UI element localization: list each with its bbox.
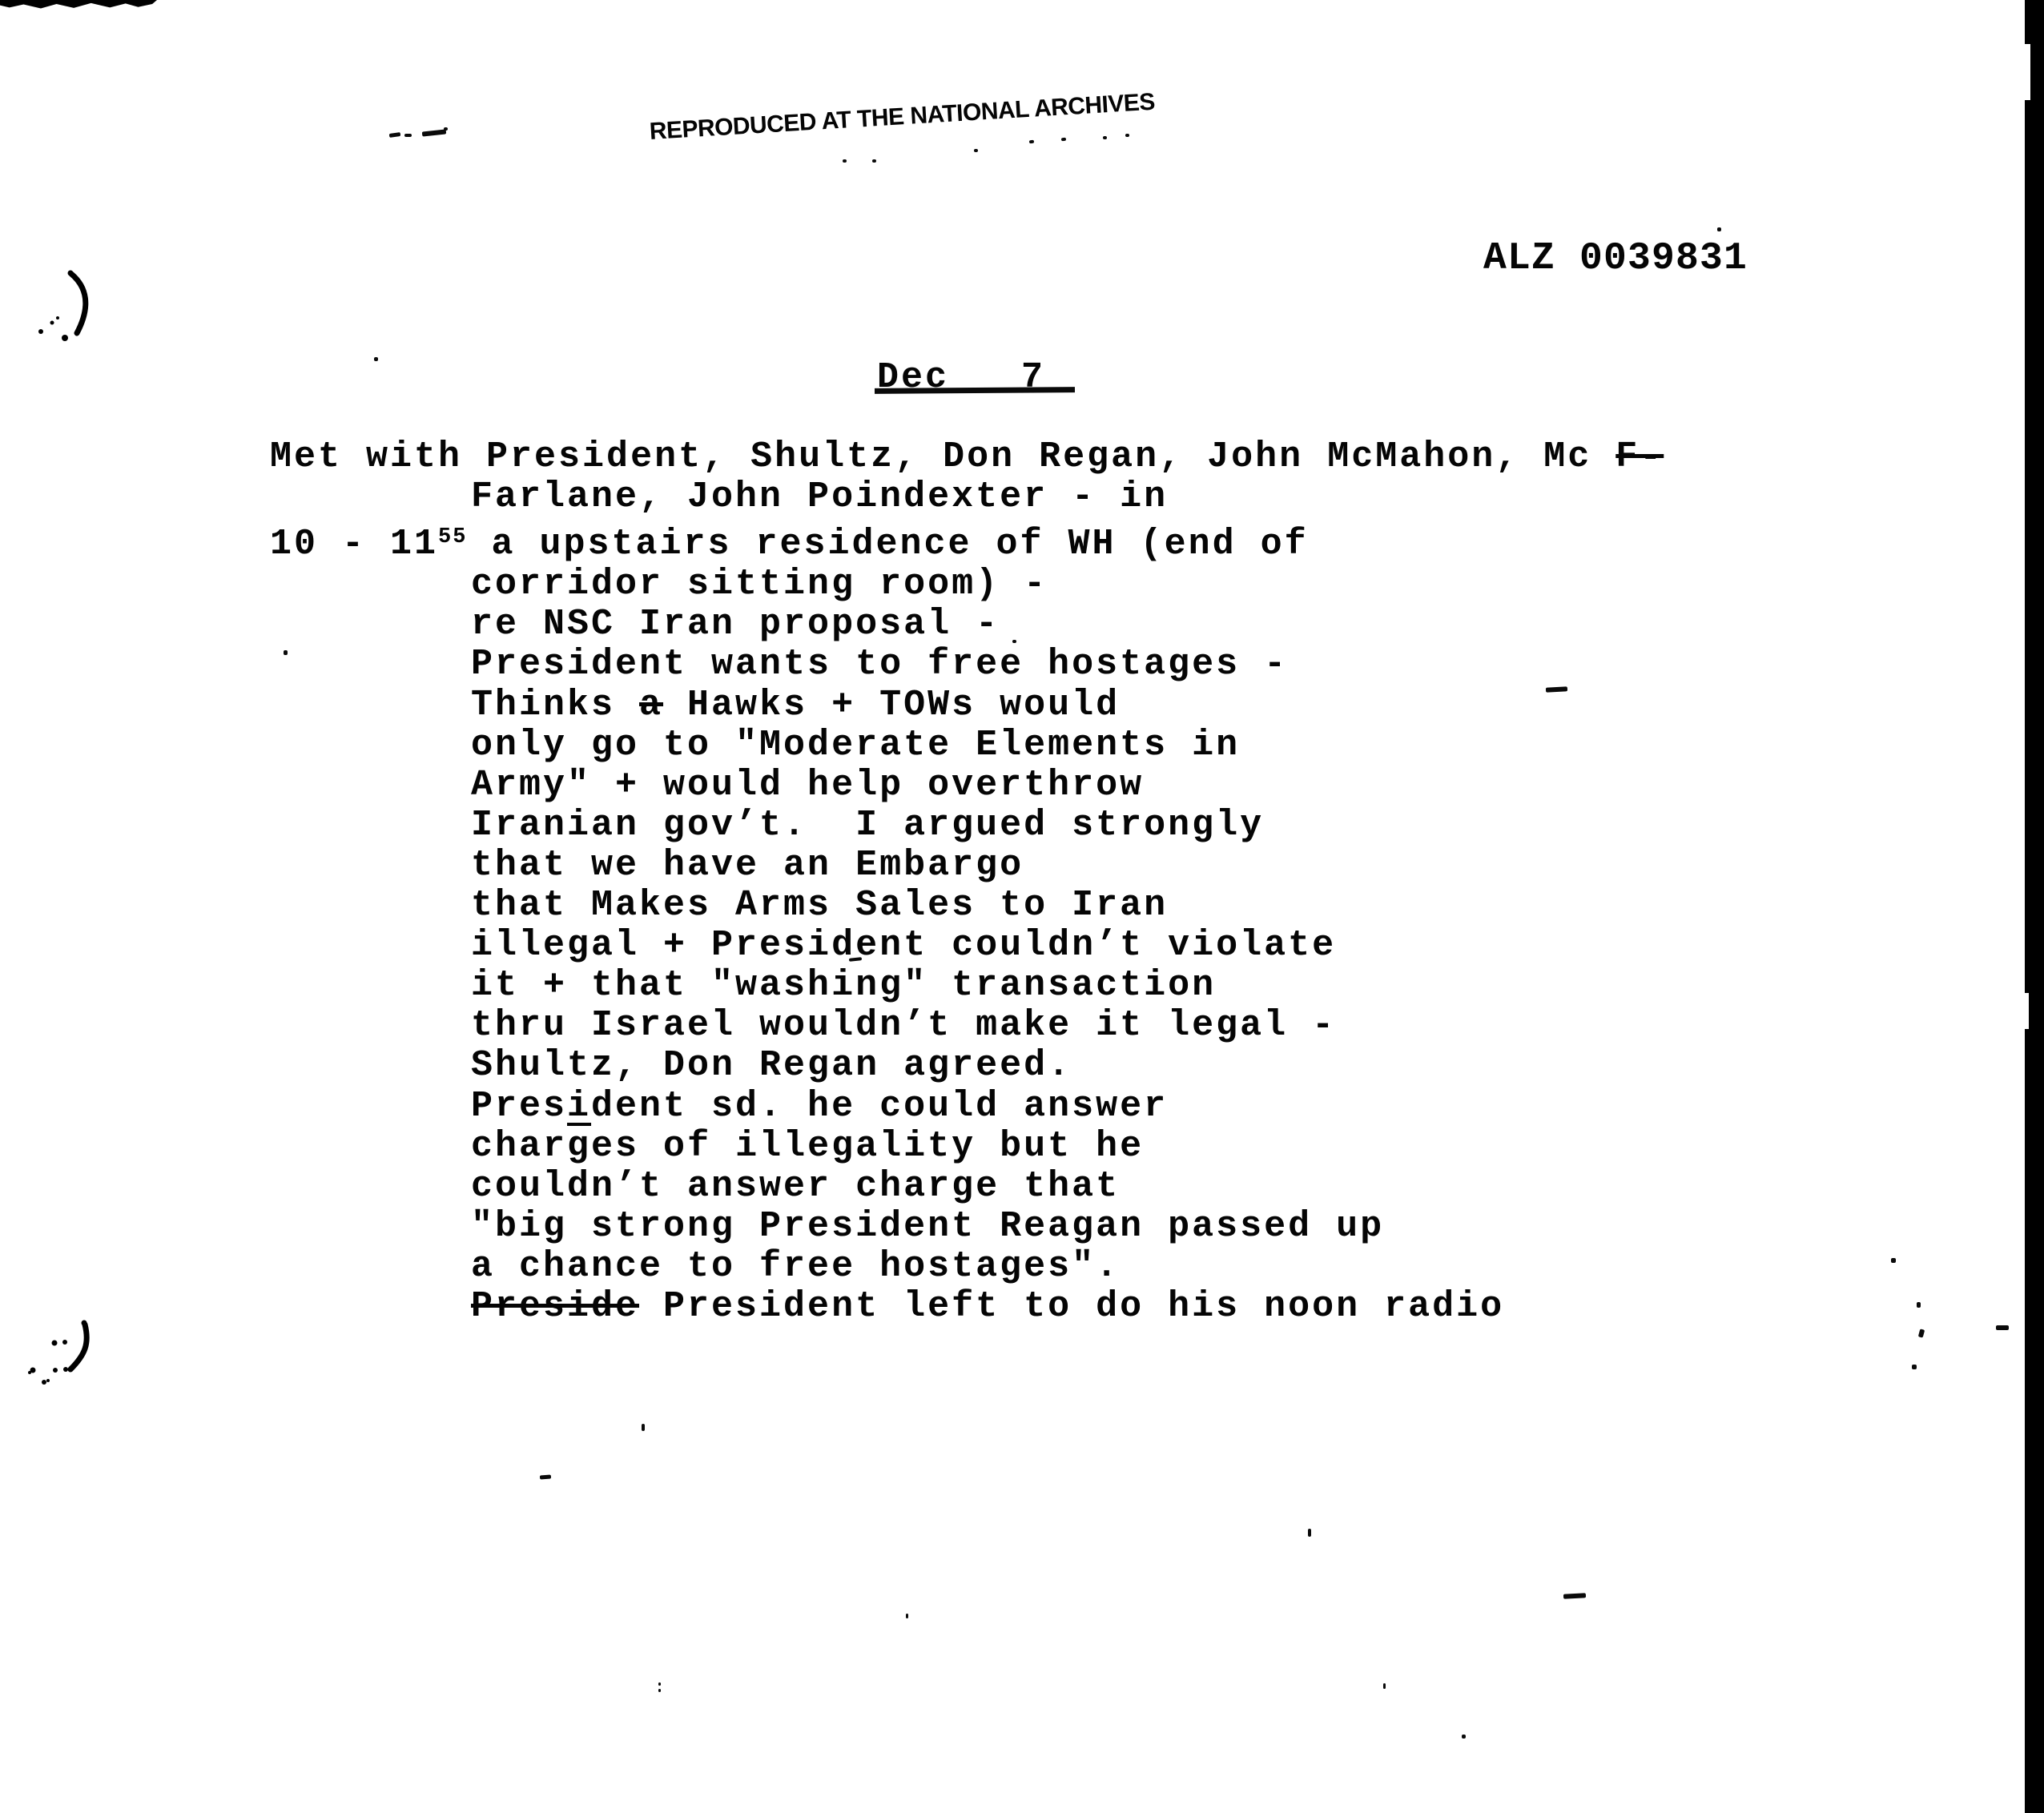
ink-speck xyxy=(658,1682,661,1686)
diary-segment: "big strong President Reagan passed up xyxy=(471,1206,1384,1247)
diary-segment: couldn’t answer charge that xyxy=(471,1166,1120,1207)
ink-speck xyxy=(1563,1593,1586,1598)
diary-segment-strike: a xyxy=(639,685,663,726)
diary-line: re NSC Iran proposal - xyxy=(471,605,1664,645)
ink-speck xyxy=(1891,1258,1896,1263)
diary-line: only go to "Moderate Elements in xyxy=(471,726,1664,766)
ink-speck xyxy=(1996,1325,2009,1330)
diary-line: 10 - 1155 a upstairs residence of WH (en… xyxy=(270,517,1664,565)
ink-speck xyxy=(1383,1683,1386,1689)
diary-segment: only go to "Moderate Elements in xyxy=(471,725,1240,766)
ink-speck xyxy=(1918,1329,1925,1337)
diary-segment: illegal + President couldn’t violate xyxy=(471,925,1336,966)
diary-segment: a upstairs residence of WH (end of xyxy=(467,524,1308,565)
ink-speck xyxy=(1912,1365,1917,1369)
diary-line: Farlane, John Poindexter - in xyxy=(471,477,1664,517)
ink-speck xyxy=(1917,1302,1921,1308)
document-id: ALZ 0039831 xyxy=(1483,237,1748,280)
diary-line: a chance to free hostages". xyxy=(471,1247,1664,1287)
ink-speck xyxy=(540,1475,551,1480)
diary-line: couldn’t answer charge that xyxy=(471,1167,1664,1207)
diary-line: it + that "washing" transaction xyxy=(471,966,1664,1006)
ink-speck xyxy=(1029,140,1034,144)
diary-line: Iranian gov’t. I argued strongly xyxy=(471,806,1664,846)
ink-speck xyxy=(284,650,288,655)
diary-line: corridor sitting room) - xyxy=(471,565,1664,605)
diary-line: President sd. he could answer xyxy=(471,1087,1664,1127)
diary-segment: Iranian gov’t. I argued strongly xyxy=(471,805,1264,846)
diary-line: charges of illegality but he xyxy=(471,1127,1664,1167)
diary-segment: corridor sitting room) - xyxy=(471,564,1048,605)
ink-speck xyxy=(658,1689,661,1692)
diary-line: Thinks a Hawks + TOWs would xyxy=(471,685,1664,726)
diary-segment-strike: F- xyxy=(1615,436,1664,477)
ink-speck xyxy=(872,159,876,163)
diary-segment: that Makes Arms Sales to Iran xyxy=(471,885,1168,926)
diary-segment: es of illegality but he xyxy=(591,1126,1144,1167)
ink-speck xyxy=(374,357,378,361)
ink-speck xyxy=(1717,227,1721,231)
diary-segment: President left to do his noon radio xyxy=(639,1286,1504,1327)
diary-segment-strike: Preside xyxy=(471,1286,639,1327)
diary-segment: a chance to free hostages". xyxy=(471,1246,1120,1287)
ink-speck xyxy=(1103,136,1107,139)
archives-stamp: REPRODUCED AT THE NATIONAL ARCHIVES xyxy=(649,89,1156,146)
ink-speck xyxy=(1125,134,1129,137)
scan-edge-notch xyxy=(2025,44,2030,100)
ink-speck xyxy=(974,149,978,152)
diary-segment: Shultz, Don Regan agreed. xyxy=(471,1045,1072,1086)
ink-speck xyxy=(444,127,448,131)
diary-segment: Farlane, John Poindexter - in xyxy=(471,476,1168,517)
diary-line: "big strong President Reagan passed up xyxy=(471,1207,1664,1247)
scan-edge-artifact-right xyxy=(2025,0,2044,1813)
diary-segment: re NSC Iran proposal - xyxy=(471,604,1000,645)
diary-segment: it + that "washing" transaction xyxy=(471,965,1216,1006)
diary-line: thru Israel wouldn’t make it legal - xyxy=(471,1006,1664,1046)
diary-segment: thru Israel wouldn’t make it legal - xyxy=(471,1005,1336,1046)
scan-edge-artifact-top xyxy=(0,0,157,9)
diary-line: Met with President, Shultz, Don Regan, J… xyxy=(270,437,1664,477)
diary-segment-overbar: g xyxy=(567,1126,591,1167)
ink-speck xyxy=(906,1614,908,1618)
diary-segment: char xyxy=(471,1126,567,1167)
handwritten-paren-mark-top xyxy=(24,264,112,352)
diary-line: Preside President left to do his noon ra… xyxy=(471,1287,1664,1327)
diary-segment-sup: 55 xyxy=(438,525,467,549)
scanned-document-page: REPRODUCED AT THE NATIONAL ARCHIVES ALZ … xyxy=(0,0,2044,1813)
diary-segment: President sd. he could answer xyxy=(471,1086,1168,1127)
diary-line: illegal + President couldn’t violate xyxy=(471,926,1664,966)
diary-segment: Met with President, Shultz, Don Regan, J… xyxy=(270,436,1615,477)
ink-speck xyxy=(404,134,412,137)
ink-speck xyxy=(1061,138,1066,142)
ink-speck xyxy=(642,1424,645,1431)
diary-segment: 10 - 11 xyxy=(270,524,438,565)
ink-speck xyxy=(422,129,446,136)
diary-line: Shultz, Don Regan agreed. xyxy=(471,1046,1664,1086)
scan-edge-notch xyxy=(2025,993,2029,1029)
ink-speck xyxy=(843,159,847,163)
diary-line: that we have an Embargo xyxy=(471,846,1664,886)
diary-segment: Hawks + TOWs would xyxy=(663,685,1120,726)
ink-speck xyxy=(389,132,401,138)
handwritten-paren-mark-lower xyxy=(16,1313,104,1393)
diary-segment: Thinks xyxy=(471,685,639,726)
ink-speck xyxy=(1012,640,1016,643)
diary-body: Met with President, Shultz, Don Regan, J… xyxy=(0,437,1664,1327)
diary-line: President wants to free hostages - xyxy=(471,645,1664,685)
diary-segment: that we have an Embargo xyxy=(471,845,1024,886)
diary-segment: President wants to free hostages - xyxy=(471,644,1288,685)
diary-line: Army" + would help overthrow xyxy=(471,766,1664,806)
ink-speck xyxy=(1308,1529,1311,1537)
diary-line: that Makes Arms Sales to Iran xyxy=(471,886,1664,926)
diary-segment: Army" + would help overthrow xyxy=(471,765,1144,806)
ink-speck xyxy=(1462,1735,1466,1739)
